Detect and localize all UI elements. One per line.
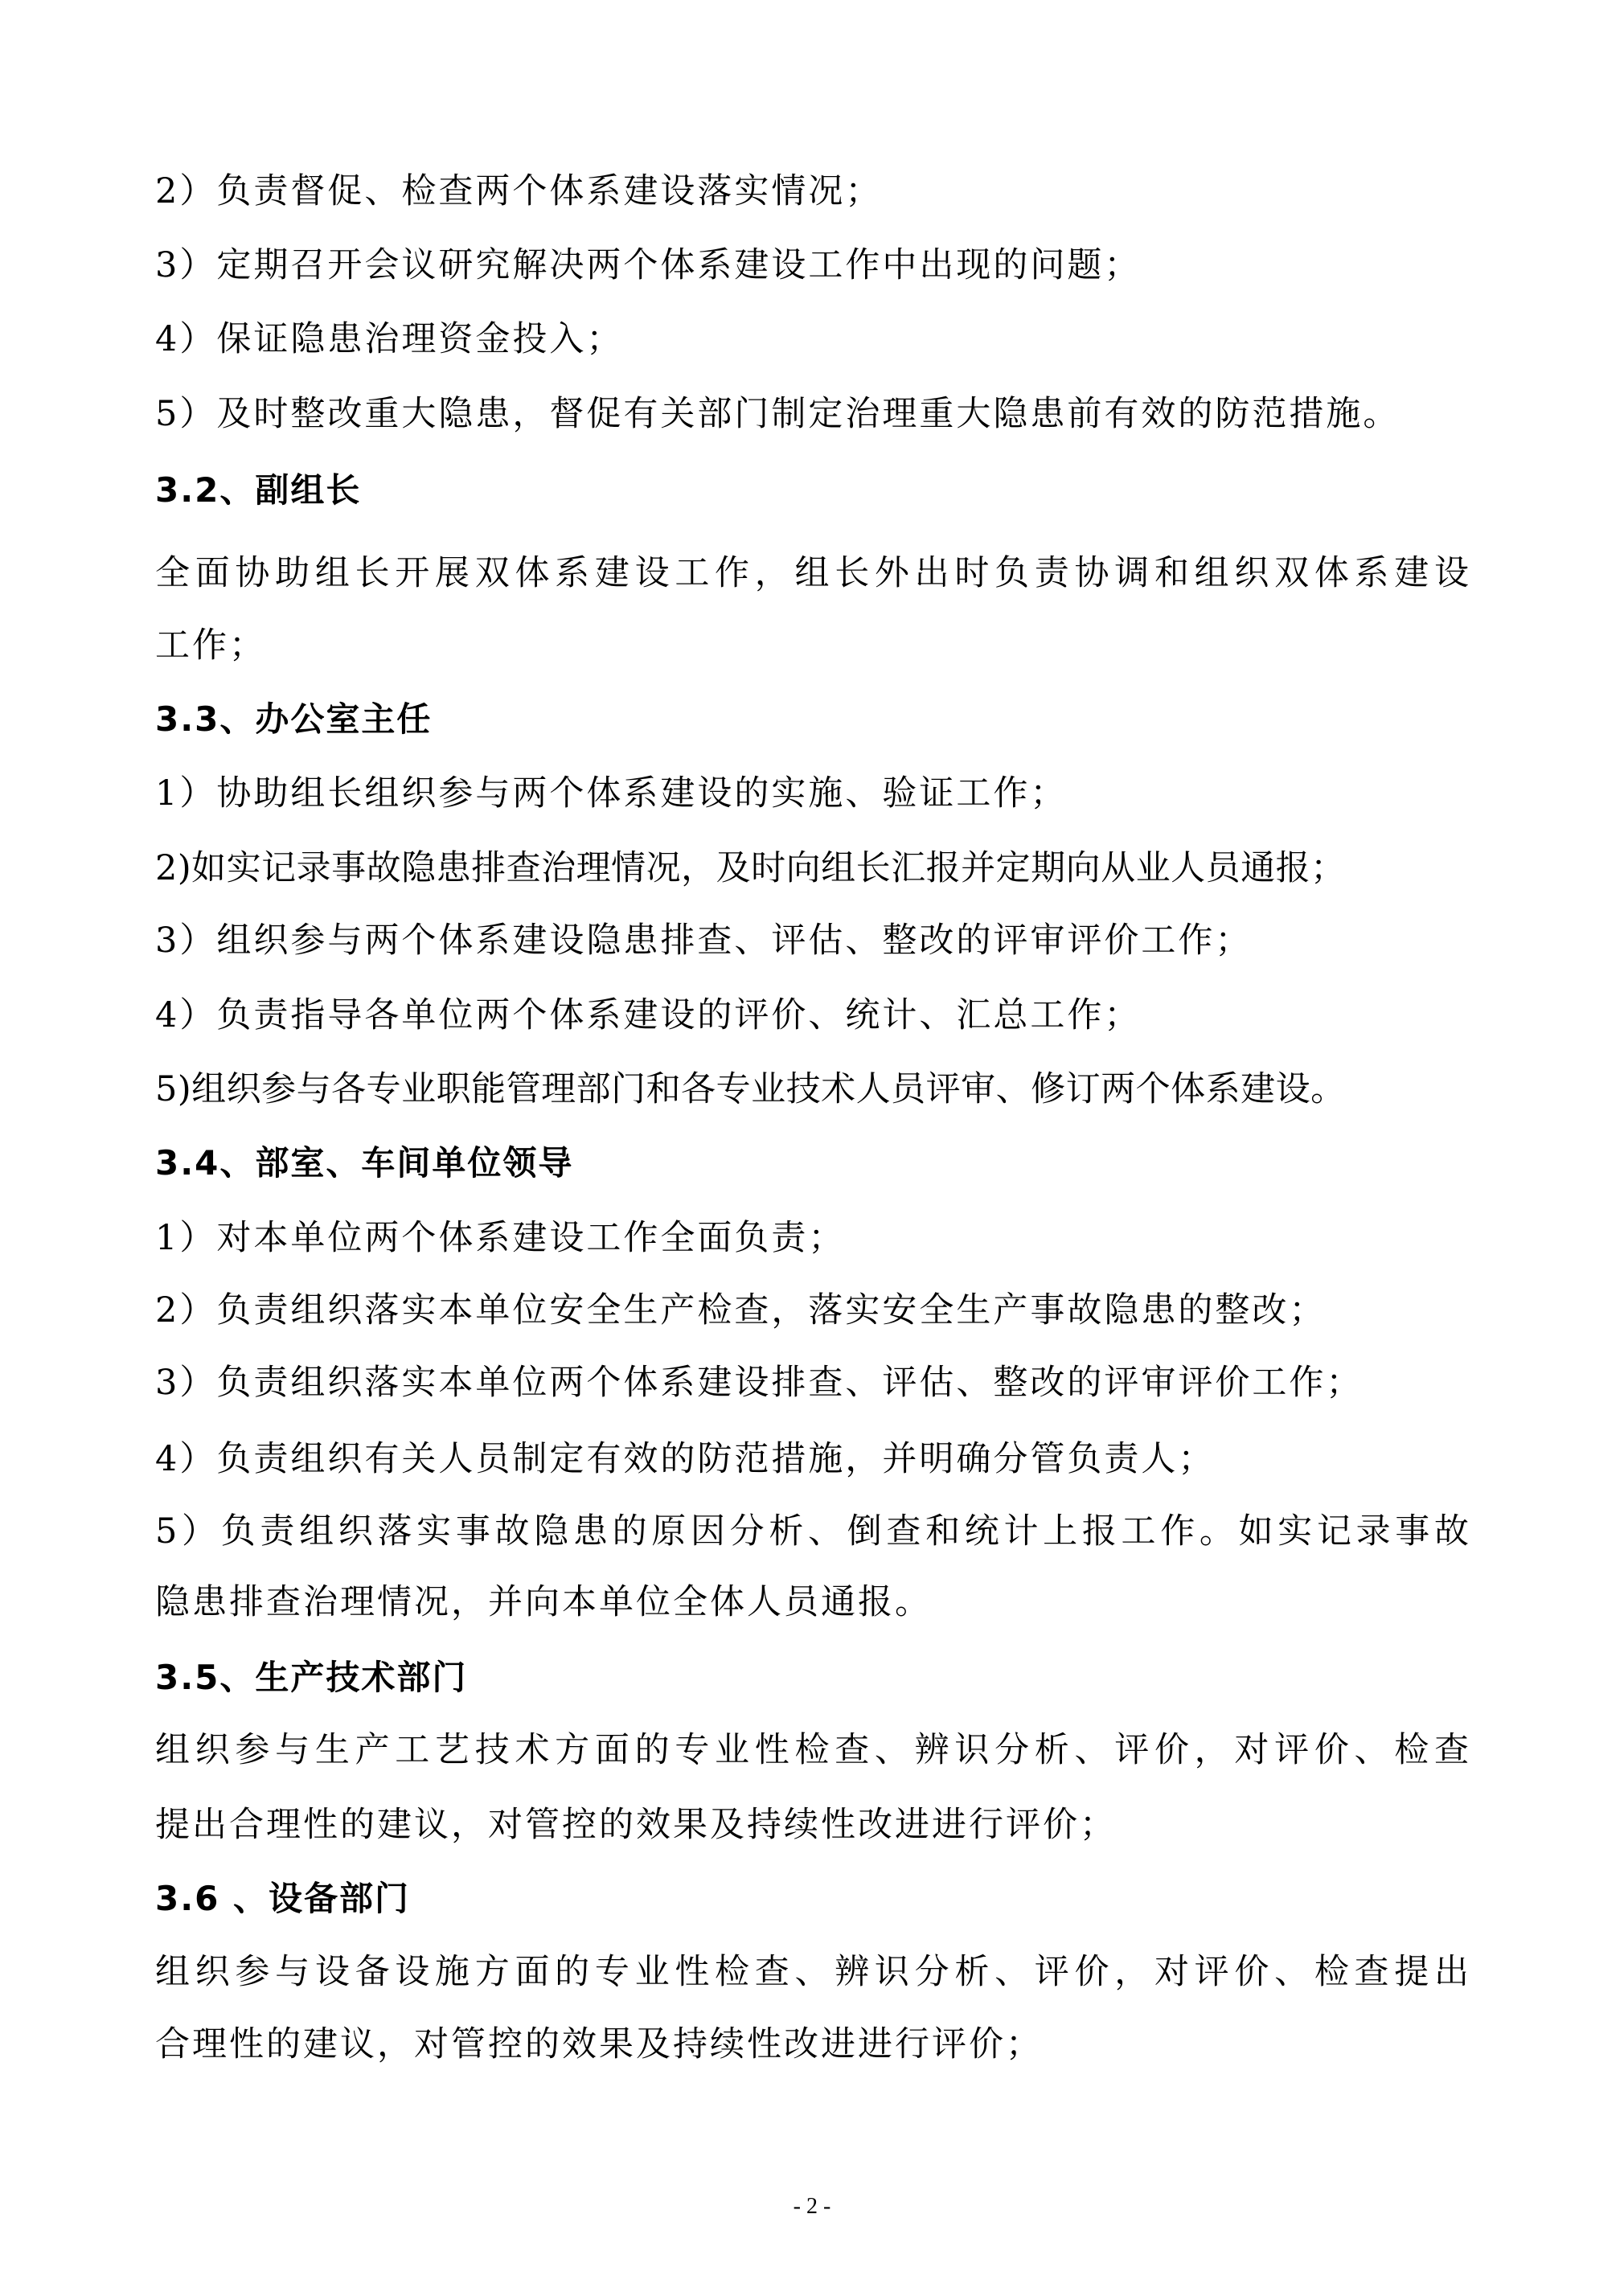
page-number: - 2 - — [0, 2193, 1624, 2220]
paragraph-production-tech-line-1: 组织参与生产工艺技术方面的专业性检查、辨识分析、评价，对评价、检查 — [155, 1726, 1469, 1774]
list-item-oversee-implementation: 2）负责督促、检查两个体系建设落实情况； — [155, 167, 1469, 215]
section-heading-3-5: 3.5、生产技术部门 — [155, 1654, 1469, 1702]
paragraph-equipment-line-1: 组织参与设备设施方面的专业性检查、辨识分析、评价，对评价、检查提出 — [155, 1948, 1469, 1996]
list-item-fund-investment: 4）保证隐患治理资金投入； — [155, 315, 1469, 363]
list-item-cause-analysis-line-1: 5）负责组织落实事故隐患的原因分析、倒查和统计上报工作。如实记录事故 — [155, 1507, 1469, 1556]
section-heading-3-3: 3.3、办公室主任 — [155, 695, 1469, 744]
list-item-cause-analysis-line-2: 隐患排查治理情况，并向本单位全体人员通报。 — [155, 1578, 1469, 1626]
list-item-review-evaluation: 3）组织参与两个体系建设隐患排查、评估、整改的评审评价工作； — [155, 916, 1469, 965]
document-page: 2）负责督促、检查两个体系建设落实情况； 3）定期召开会议研究解决两个体系建设工… — [0, 0, 1624, 2296]
section-heading-3-6: 3.6 、设备部门 — [155, 1875, 1469, 1923]
list-item-unit-responsibility: 1）对本单位两个体系建设工作全面负责； — [155, 1214, 1469, 1262]
paragraph-production-tech-line-2: 提出合理性的建议，对管控的效果及持续性改进进行评价； — [155, 1801, 1469, 1849]
list-item-record-hazards: 2)如实记录事故隐患排查治理情况，及时向组长汇报并定期向从业人员通报； — [155, 844, 1469, 892]
list-item-rectify-hazards: 5）及时整改重大隐患，督促有关部门制定治理重大隐患前有效的防范措施。 — [155, 390, 1469, 438]
section-heading-3-2: 3.2、副组长 — [155, 466, 1469, 515]
list-item-safety-inspection: 2）负责组织落实本单位安全生产检查，落实安全生产事故隐患的整改； — [155, 1286, 1469, 1335]
paragraph-deputy-leader-line-2: 工作； — [155, 621, 1469, 670]
list-item-organize-review: 5)组织参与各专业职能管理部门和各专业技术人员评审、修订两个体系建设。 — [155, 1065, 1469, 1113]
paragraph-equipment-line-2: 合理性的建议，对管控的效果及持续性改进进行评价； — [155, 2020, 1469, 2068]
paragraph-deputy-leader-line-1: 全面协助组长开展双体系建设工作，组长外出时负责协调和组织双体系建设 — [155, 549, 1469, 597]
list-item-hold-meetings: 3）定期召开会议研究解决两个体系建设工作中出现的问题； — [155, 241, 1469, 289]
list-item-assist-implementation: 1）协助组长组织参与两个体系建设的实施、验证工作； — [155, 769, 1469, 818]
list-item-preventive-measures: 4）负责组织有关人员制定有效的防范措施，并明确分管负责人； — [155, 1435, 1469, 1483]
list-item-unit-review: 3）负责组织落实本单位两个体系建设排查、评估、整改的评审评价工作； — [155, 1359, 1469, 1407]
section-heading-3-4: 3.4、部室、车间单位领导 — [155, 1139, 1469, 1187]
list-item-guide-units: 4）负责指导各单位两个体系建设的评价、统计、汇总工作； — [155, 991, 1469, 1039]
